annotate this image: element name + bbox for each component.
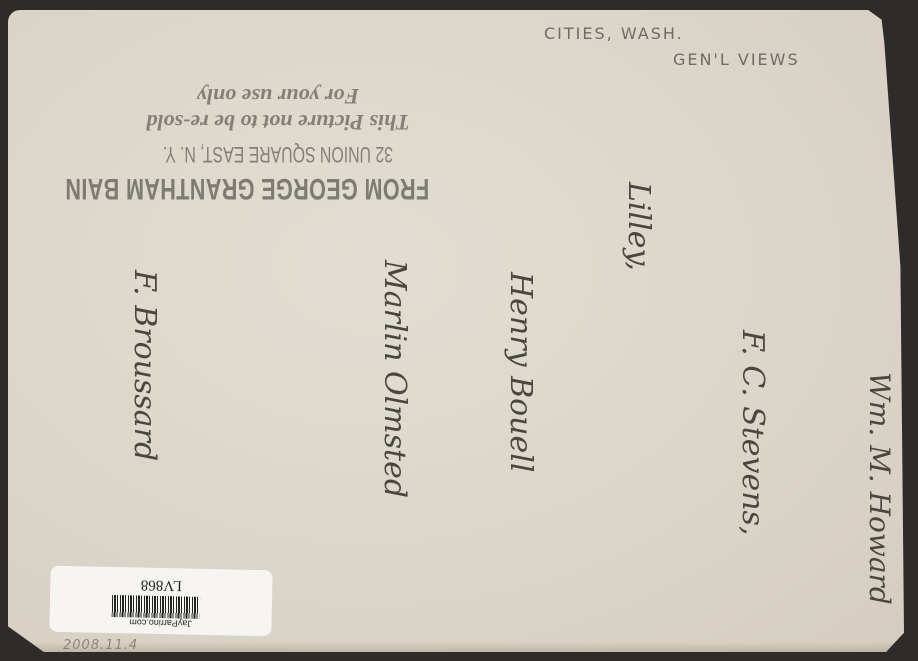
handwritten-name: Wm. M. Howard: [863, 372, 896, 605]
barcode-icon: [112, 595, 200, 619]
photo-card-back: FROM GEORGE GRANTHAM BAIN 32 UNION SQUAR…: [8, 10, 904, 652]
label-site: JayParrino.com: [49, 616, 271, 631]
stamp-line-resale: This Picture not to be re-sold: [68, 109, 488, 135]
handwritten-name: Marlin Olmsted: [377, 260, 412, 498]
handwritten-name: F. Broussard: [127, 270, 162, 461]
accession-number: 2008.11.4: [63, 638, 138, 653]
pencil-note-line2: GEN'L VIEWS: [673, 50, 800, 69]
stamp-line-address: 32 UNION SQUARE EAST, N. Y.: [127, 141, 429, 167]
pencil-note-line1: CITIES, WASH.: [544, 24, 684, 43]
handwritten-name: Lilley,: [621, 182, 656, 271]
handwritten-name: Henry Bouell: [503, 272, 538, 472]
publisher-stamp: FROM GEORGE GRANTHAM BAIN 32 UNION SQUAR…: [68, 55, 488, 205]
stamp-line-publisher: FROM GEORGE GRANTHAM BAIN: [127, 171, 429, 205]
handwritten-name: F. C. Stevens,: [735, 330, 770, 536]
label-code: LV868: [50, 574, 272, 596]
catalog-label: LV868 JayParrino.com: [49, 566, 272, 637]
stamp-line-use: For your use only: [68, 83, 488, 109]
